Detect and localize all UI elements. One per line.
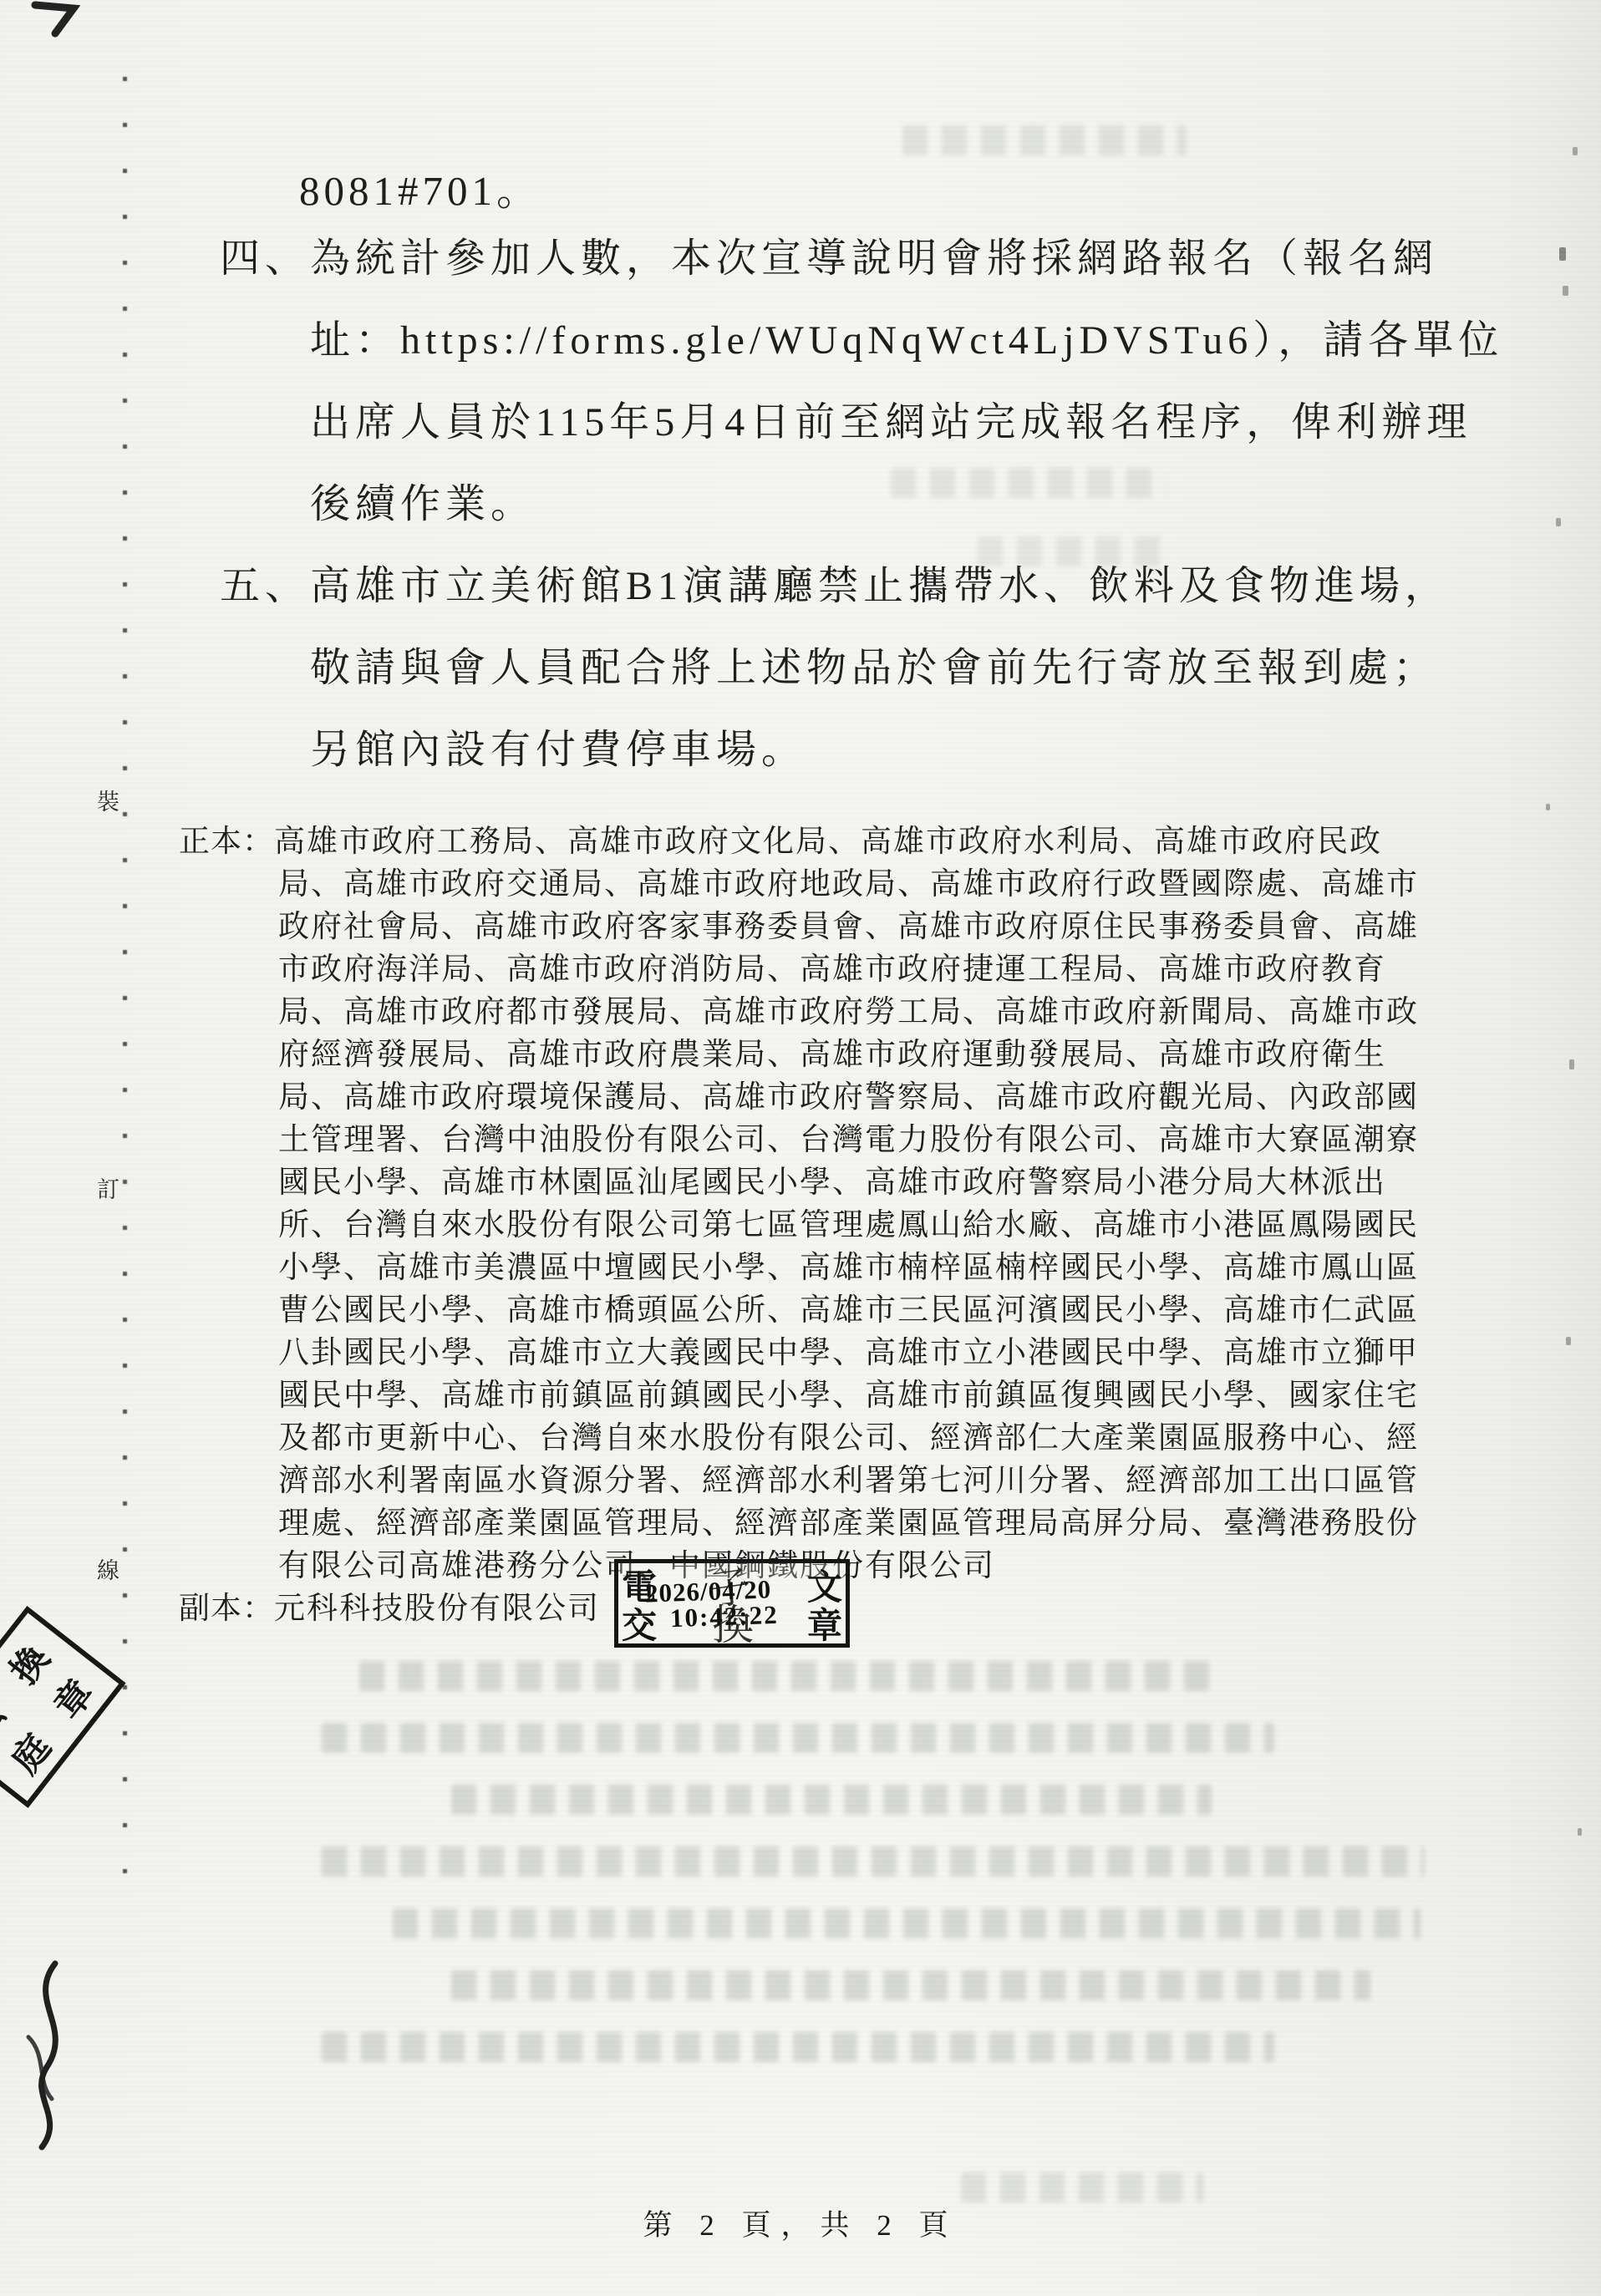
- recipient-line: 曹公國民小學、高雄市橋頭區公所、高雄市三民區河濱國民小學、高雄市仁武區: [179, 1289, 1499, 1332]
- stamp-time: 10:42:22: [669, 1600, 779, 1634]
- bleed-through-text: [961, 2172, 1203, 2202]
- bleed-through-text: [451, 1785, 1212, 1815]
- stamp-char-zhang: 章: [807, 1598, 842, 1648]
- binding-dotted-line: [123, 77, 127, 1907]
- item5-text2: 敬請與會人員配合將上述物品於會前先行寄放至報到處；: [310, 646, 1438, 690]
- scan-speck: [1546, 804, 1550, 810]
- bleed-through-text: [393, 1908, 1421, 1938]
- scan-speck: [1569, 1059, 1574, 1069]
- recipient-line: 八卦國民小學、高雄市立大義國民中學、高雄市立小港國民中學、高雄市立獅甲: [179, 1332, 1499, 1374]
- slanted-received-stamp: 公 換 庭 章: [0, 1606, 126, 1808]
- recipient-line: 小學、高雄市美濃區中壇國民小學、高雄市楠梓區楠梓國民小學、高雄市鳳山區: [179, 1247, 1499, 1289]
- corner-ink-mark: [30, 0, 89, 42]
- scan-speck: [1559, 247, 1566, 261]
- recipient-line: 政府社會局、高雄市政府客家事務委員會、高雄市政府原住民事務委員會、高雄: [179, 906, 1499, 948]
- recipient-line: 國民小學、高雄市林園區汕尾國民小學、高雄市政府警察局小港分局大林派出: [179, 1161, 1499, 1204]
- item4-text1: 為統計參加人數，本次宣導說明會將採網路報名（報名網: [310, 236, 1438, 281]
- item4-line2: 址：https://forms.gle/WUqNqWct4LjDVSTu6），請…: [220, 317, 1523, 364]
- bleed-through-text: [902, 125, 1187, 155]
- item4-number: 四、: [220, 236, 310, 281]
- recipients-block: 正本：高雄市政府工務局、高雄市政府文化局、高雄市政府水利局、高雄市政府民政 局、…: [179, 820, 1499, 1630]
- item5-text3: 另館內設有付費停車場。: [310, 728, 806, 772]
- item5-line2: 敬請與會人員配合將上述物品於會前先行寄放至報到處；: [220, 645, 1523, 692]
- original-label: 正本：: [179, 825, 274, 859]
- scan-speck: [1556, 518, 1561, 526]
- recipient-line: 及都市更新中心、台灣自來水股份有限公司、經濟部仁大產業園區服務中心、經: [179, 1417, 1499, 1460]
- recipient-line: 國民中學、高雄市前鎮區前鎮國民小學、高雄市前鎮區復興國民小學、國家住宅: [179, 1374, 1499, 1417]
- electronic-exchange-stamp: 電 子 文 交 換 章 2026/04/20 10:42:22: [614, 1559, 850, 1648]
- item5-line3: 另館內設有付費停車場。: [220, 727, 1523, 774]
- page-indicator: 第 2 頁，共 2 頁: [0, 2202, 1601, 2244]
- document-body: 四、為統計參加人數，本次宣導說明會將採網路報名（報名網 址：https://fo…: [220, 236, 1523, 809]
- bleed-through-text: [322, 1723, 1274, 1753]
- bleed-through-text: [451, 1970, 1370, 2000]
- item4-line1: 四、為統計參加人數，本次宣導說明會將採網路報名（報名網: [220, 236, 1523, 282]
- recipient-line: 土管理署、台灣中油股份有限公司、台灣電力股份有限公司、高雄市大寮區潮寮: [179, 1119, 1499, 1161]
- paragraph-continuation-line: 8081#701。: [299, 159, 541, 217]
- item5-line1: 五、高雄市立美術館B1演講廳禁止攜帶水、飲料及食物進場，: [220, 563, 1523, 610]
- copy-label: 副本：: [179, 1592, 274, 1626]
- item4-line3: 出席人員於115年5月4日前至網站完成報名程序，俾利辦理: [220, 399, 1523, 446]
- scan-speck: [1578, 1828, 1582, 1836]
- copy-recipient-value: 元科科技股份有限公司: [274, 1592, 600, 1626]
- binding-char-xian: 線: [97, 1552, 119, 1585]
- scanned-document-page: 裝 訂 線 8081#701。 四、為統計參加人數，本次宣導說明會將採網路報名（…: [0, 0, 1601, 2296]
- bleed-through-text: [322, 2032, 1274, 2062]
- recipient-line: 局、高雄市政府環境保護局、高雄市政府警察局、高雄市政府觀光局、內政部國: [179, 1076, 1499, 1119]
- binding-char-ding: 訂: [97, 1171, 119, 1204]
- binding-char-zhuang: 裝: [97, 784, 119, 816]
- recipient-line: 濟部水利署南區水資源分署、經濟部水利署第七河川分署、經濟部加工出口區管: [179, 1460, 1499, 1502]
- item4-text2-registration-url: 址：https://forms.gle/WUqNqWct4LjDVSTu6），請…: [310, 318, 1503, 363]
- corner-stamp-char: 庭: [0, 1720, 61, 1782]
- item5-number: 五、: [220, 564, 310, 608]
- recipient-line: 局、高雄市政府都市發展局、高雄市政府勞工局、高雄市政府新聞局、高雄市政: [179, 991, 1499, 1034]
- recipient-line: 高雄市政府工務局、高雄市政府文化局、高雄市政府水利局、高雄市政府民政: [274, 825, 1382, 859]
- recipient-line: 府經濟發展局、高雄市政府農業局、高雄市政府運動發展局、高雄市政府衛生: [179, 1034, 1499, 1076]
- item5-text1: 高雄市立美術館B1演講廳禁止攜帶水、飲料及食物進場，: [310, 564, 1450, 608]
- scan-speck: [1563, 286, 1568, 296]
- original-recipients-line: 正本：高雄市政府工務局、高雄市政府文化局、高雄市政府水利局、高雄市政府民政: [179, 820, 1499, 863]
- handwritten-scribble: [3, 1957, 95, 2157]
- item4-line4: 後續作業。: [220, 481, 1523, 528]
- bleed-through-text: [322, 1846, 1425, 1877]
- recipient-line: 所、台灣自來水股份有限公司第七區管理處鳳山給水廠、高雄市小港區鳳陽國民: [179, 1204, 1499, 1247]
- item4-text3: 出席人員於115年5月4日前至網站完成報名程序，俾利辦理: [310, 400, 1471, 444]
- scan-speck: [1566, 1337, 1571, 1345]
- scan-speck: [1573, 147, 1578, 155]
- item4-text4: 後續作業。: [310, 482, 536, 526]
- recipient-line: 理處、經濟部產業園區管理局、經濟部產業園區管理局高屏分局、臺灣港務股份: [179, 1502, 1499, 1545]
- recipient-line: 市政府海洋局、高雄市政府消防局、高雄市政府捷運工程局、高雄市政府教育: [179, 948, 1499, 991]
- bleed-through-text: [359, 1661, 1220, 1691]
- recipient-line: 局、高雄市政府交通局、高雄市政府地政局、高雄市政府行政暨國際處、高雄市: [179, 863, 1499, 906]
